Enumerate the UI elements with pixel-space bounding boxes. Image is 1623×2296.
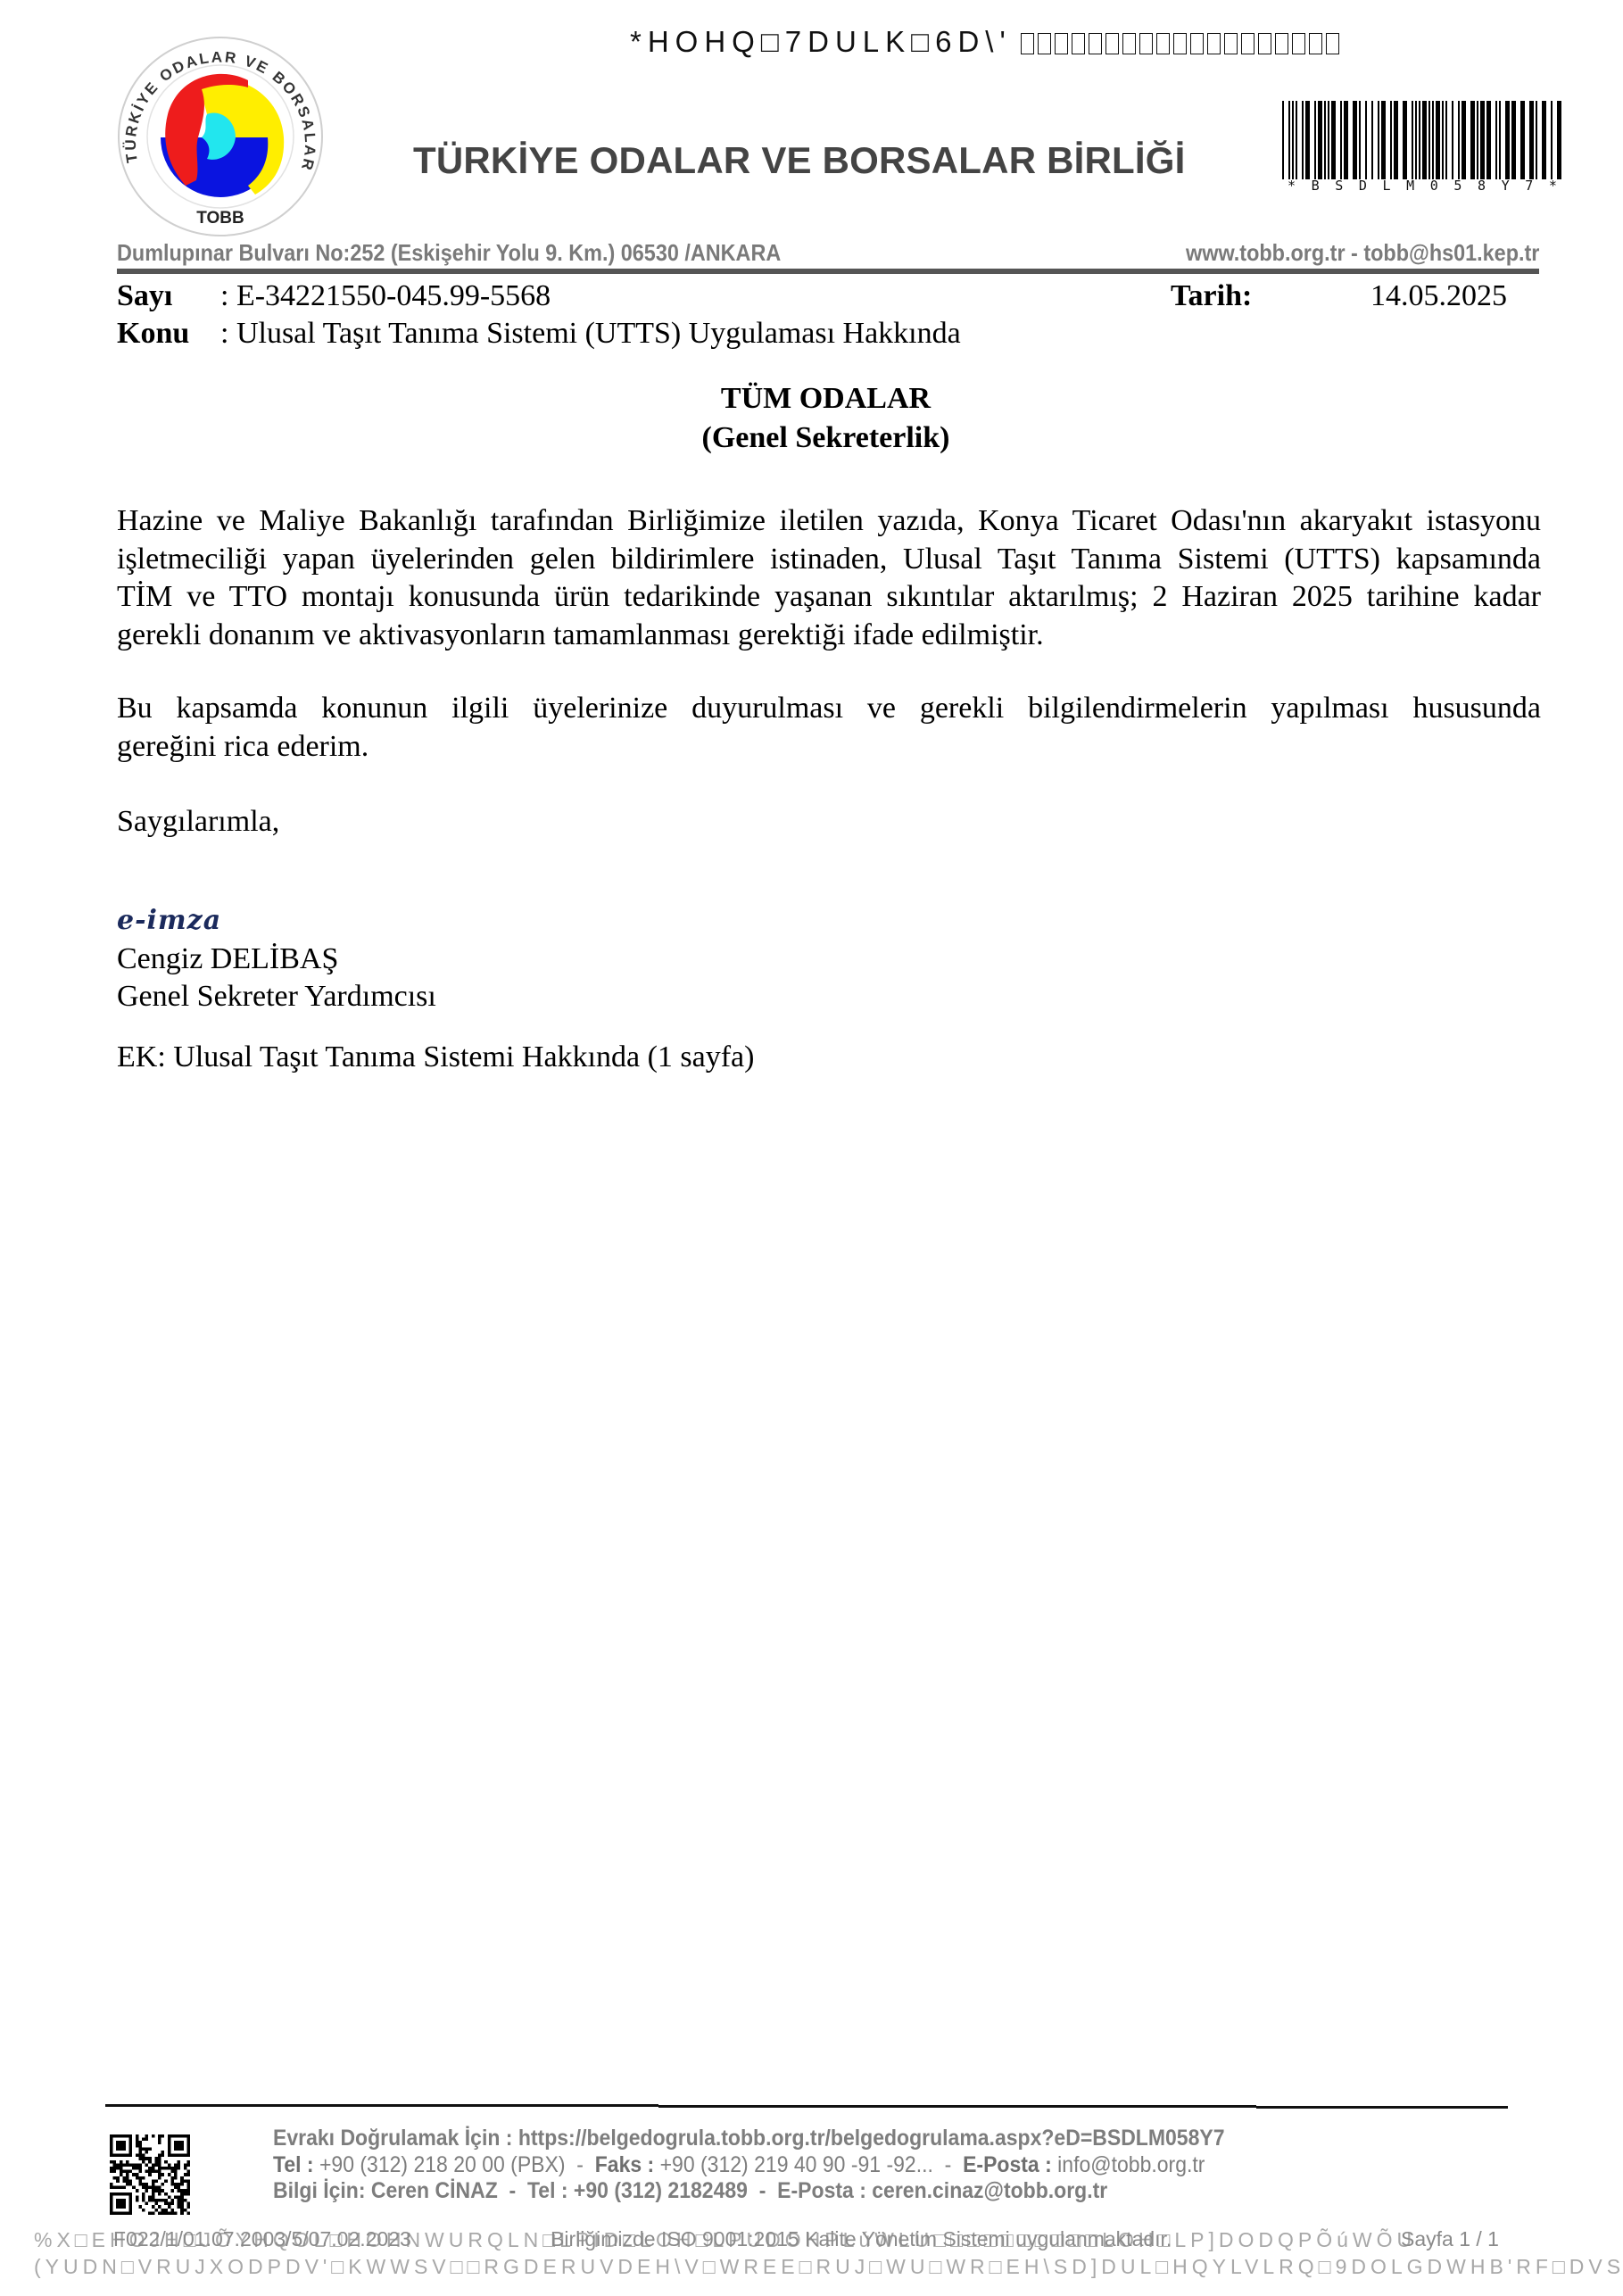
separator: - bbox=[566, 2152, 595, 2177]
web-contact: www.tobb.org.tr - tobb@hs01.kep.tr bbox=[1186, 239, 1539, 267]
tobb-logo-icon: TÜRKİYE ODALAR VE BORSALAR BİRLİĞİ TOBB bbox=[114, 34, 327, 239]
barcode-char: M bbox=[1406, 178, 1414, 194]
missing-glyph-box bbox=[1122, 33, 1136, 54]
missing-glyph-box bbox=[1089, 33, 1102, 54]
barcode-char: 0 bbox=[1430, 178, 1438, 194]
missing-glyph-box bbox=[1326, 33, 1339, 54]
header-garbled-text: *HOHQ□7DULK□6D\' bbox=[630, 25, 1339, 59]
tarih-label: Tarih: bbox=[1171, 279, 1252, 313]
missing-glyph-box bbox=[1275, 33, 1288, 54]
verify-link[interactable]: https://belgedogrula.tobb.org.tr/belgedo… bbox=[518, 2126, 1225, 2151]
info-line: Bilgi İçin: Ceren CİNAZ - Tel : +90 (312… bbox=[273, 2178, 1107, 2204]
sayi-label: Sayı bbox=[117, 279, 172, 313]
missing-glyph-box bbox=[1207, 33, 1221, 54]
garbled-text: *HOHQ□7DULK□6D\' bbox=[630, 25, 1012, 58]
paragraph-line: işletmeciliği yapan üyelerinden gelen bi… bbox=[117, 541, 1541, 579]
info-contact-name: Bilgi İçin: Ceren CİNAZ bbox=[273, 2178, 498, 2203]
missing-glyph-box bbox=[1072, 33, 1085, 54]
attachment-note: EK: Ulusal Taşıt Tanıma Sistemi Hakkında… bbox=[117, 1040, 754, 1074]
form-code: F022/1/01.07.2003/5/07.02.2023 bbox=[113, 2227, 411, 2251]
signer-name: Cengiz DELİBAŞ bbox=[117, 942, 338, 976]
barcode-char: 7 bbox=[1525, 178, 1533, 194]
missing-glyph-box bbox=[1021, 33, 1034, 54]
sayi-value: : E-34221550-045.99-5568 bbox=[220, 279, 551, 313]
body-paragraph-1: Hazine ve Maliye Bakanlığı tarafından Bi… bbox=[117, 502, 1541, 654]
konu-label: Konu bbox=[117, 317, 189, 351]
info-contact-details: - Tel : +90 (312) 2182489 - E-Posta : ce… bbox=[498, 2178, 1107, 2203]
footer-divider bbox=[658, 2105, 1256, 2108]
barcode-char: Y bbox=[1502, 178, 1510, 194]
missing-glyph-box bbox=[1224, 33, 1238, 54]
barcode-char: B bbox=[1312, 178, 1320, 194]
signer-title: Genel Sekreter Yardımcısı bbox=[117, 980, 436, 1014]
iso-note: Birliğimizde ISO 9001:2015 Kalite Yöneti… bbox=[551, 2227, 1172, 2251]
paragraph-line: Bu kapsamda konunun ilgili üyelerinize d… bbox=[117, 690, 1541, 728]
barcode-char: * bbox=[1549, 178, 1557, 194]
paragraph-line: gerekli donanım ve aktivasyonların tamam… bbox=[117, 617, 1541, 655]
barcode-icon bbox=[1282, 101, 1562, 179]
paragraph-line: TİM ve TTO montajı konusunda ürün tedari… bbox=[117, 578, 1541, 617]
verify-label: Evrakı Doğrulamak İçin : bbox=[273, 2126, 512, 2151]
tel-value: +90 (312) 218 20 00 (PBX) bbox=[319, 2152, 566, 2177]
paragraph-line: gereğini rica ederim. bbox=[117, 728, 1541, 767]
barcode-char: 5 bbox=[1453, 178, 1462, 194]
email-label: E-Posta : bbox=[963, 2152, 1052, 2177]
missing-glyph-box bbox=[1258, 33, 1271, 54]
barcode-char: 8 bbox=[1478, 178, 1486, 194]
paragraph-line: Hazine ve Maliye Bakanlığı tarafından Bi… bbox=[117, 502, 1541, 541]
barcode-char: * bbox=[1288, 178, 1296, 194]
header-divider bbox=[117, 269, 1539, 274]
footer-garbled-line-2: (YUDN□VRUJXODPDV'□KWWSV□□RGDERUVDEH\V□WR… bbox=[34, 2255, 1623, 2279]
missing-glyph-box bbox=[1105, 33, 1119, 54]
missing-glyph-box bbox=[1173, 33, 1187, 54]
missing-glyph-box bbox=[1292, 33, 1305, 54]
missing-glyph-boxes bbox=[1021, 33, 1339, 54]
footer-divider bbox=[105, 2104, 658, 2107]
verify-line: Evrakı Doğrulamak İçin : https://belgedo… bbox=[273, 2126, 1225, 2151]
contact-line: Tel : +90 (312) 218 20 00 (PBX) - Faks :… bbox=[273, 2152, 1205, 2178]
email-link[interactable]: info@tobb.org.tr bbox=[1057, 2152, 1205, 2177]
tel-label: Tel : bbox=[273, 2152, 314, 2177]
body-paragraph-2: Bu kapsamda konunun ilgili üyelerinize d… bbox=[117, 690, 1541, 766]
missing-glyph-box bbox=[1055, 33, 1068, 54]
missing-glyph-box bbox=[1309, 33, 1322, 54]
addressee-subtitle: (Genel Sekreterlik) bbox=[0, 421, 1623, 455]
svg-text:TOBB: TOBB bbox=[196, 209, 244, 228]
missing-glyph-box bbox=[1241, 33, 1255, 54]
address-line: Dumlupınar Bulvarı No:252 (Eskişehir Yol… bbox=[117, 239, 781, 267]
fax-value: +90 (312) 219 40 90 -91 -92... bbox=[660, 2152, 933, 2177]
closing-text: Saygılarımla, bbox=[117, 805, 279, 839]
separator: - bbox=[933, 2152, 963, 2177]
barcode-char: D bbox=[1359, 178, 1367, 194]
barcode-char: S bbox=[1335, 178, 1343, 194]
konu-value: : Ulusal Taşıt Tanıma Sistemi (UTTS) Uyg… bbox=[220, 317, 961, 351]
tarih-value: 14.05.2025 bbox=[1370, 279, 1507, 313]
qr-code-icon[interactable] bbox=[110, 2134, 190, 2215]
barcode-text: *BSDLM058Y7* bbox=[1282, 178, 1562, 194]
page-number: Sayfa 1 / 1 bbox=[1401, 2227, 1499, 2251]
missing-glyph-box bbox=[1190, 33, 1204, 54]
missing-glyph-box bbox=[1038, 33, 1051, 54]
footer-divider bbox=[1256, 2106, 1508, 2109]
missing-glyph-box bbox=[1156, 33, 1170, 54]
e-signature-label: e-imza bbox=[117, 905, 221, 936]
missing-glyph-box bbox=[1139, 33, 1153, 54]
barcode-char: L bbox=[1383, 178, 1391, 194]
fax-label: Faks : bbox=[595, 2152, 654, 2177]
addressee-title: TÜM ODALAR bbox=[0, 382, 1623, 416]
organization-title: TÜRKİYE ODALAR VE BORSALAR BİRLİĞİ bbox=[413, 139, 1185, 182]
